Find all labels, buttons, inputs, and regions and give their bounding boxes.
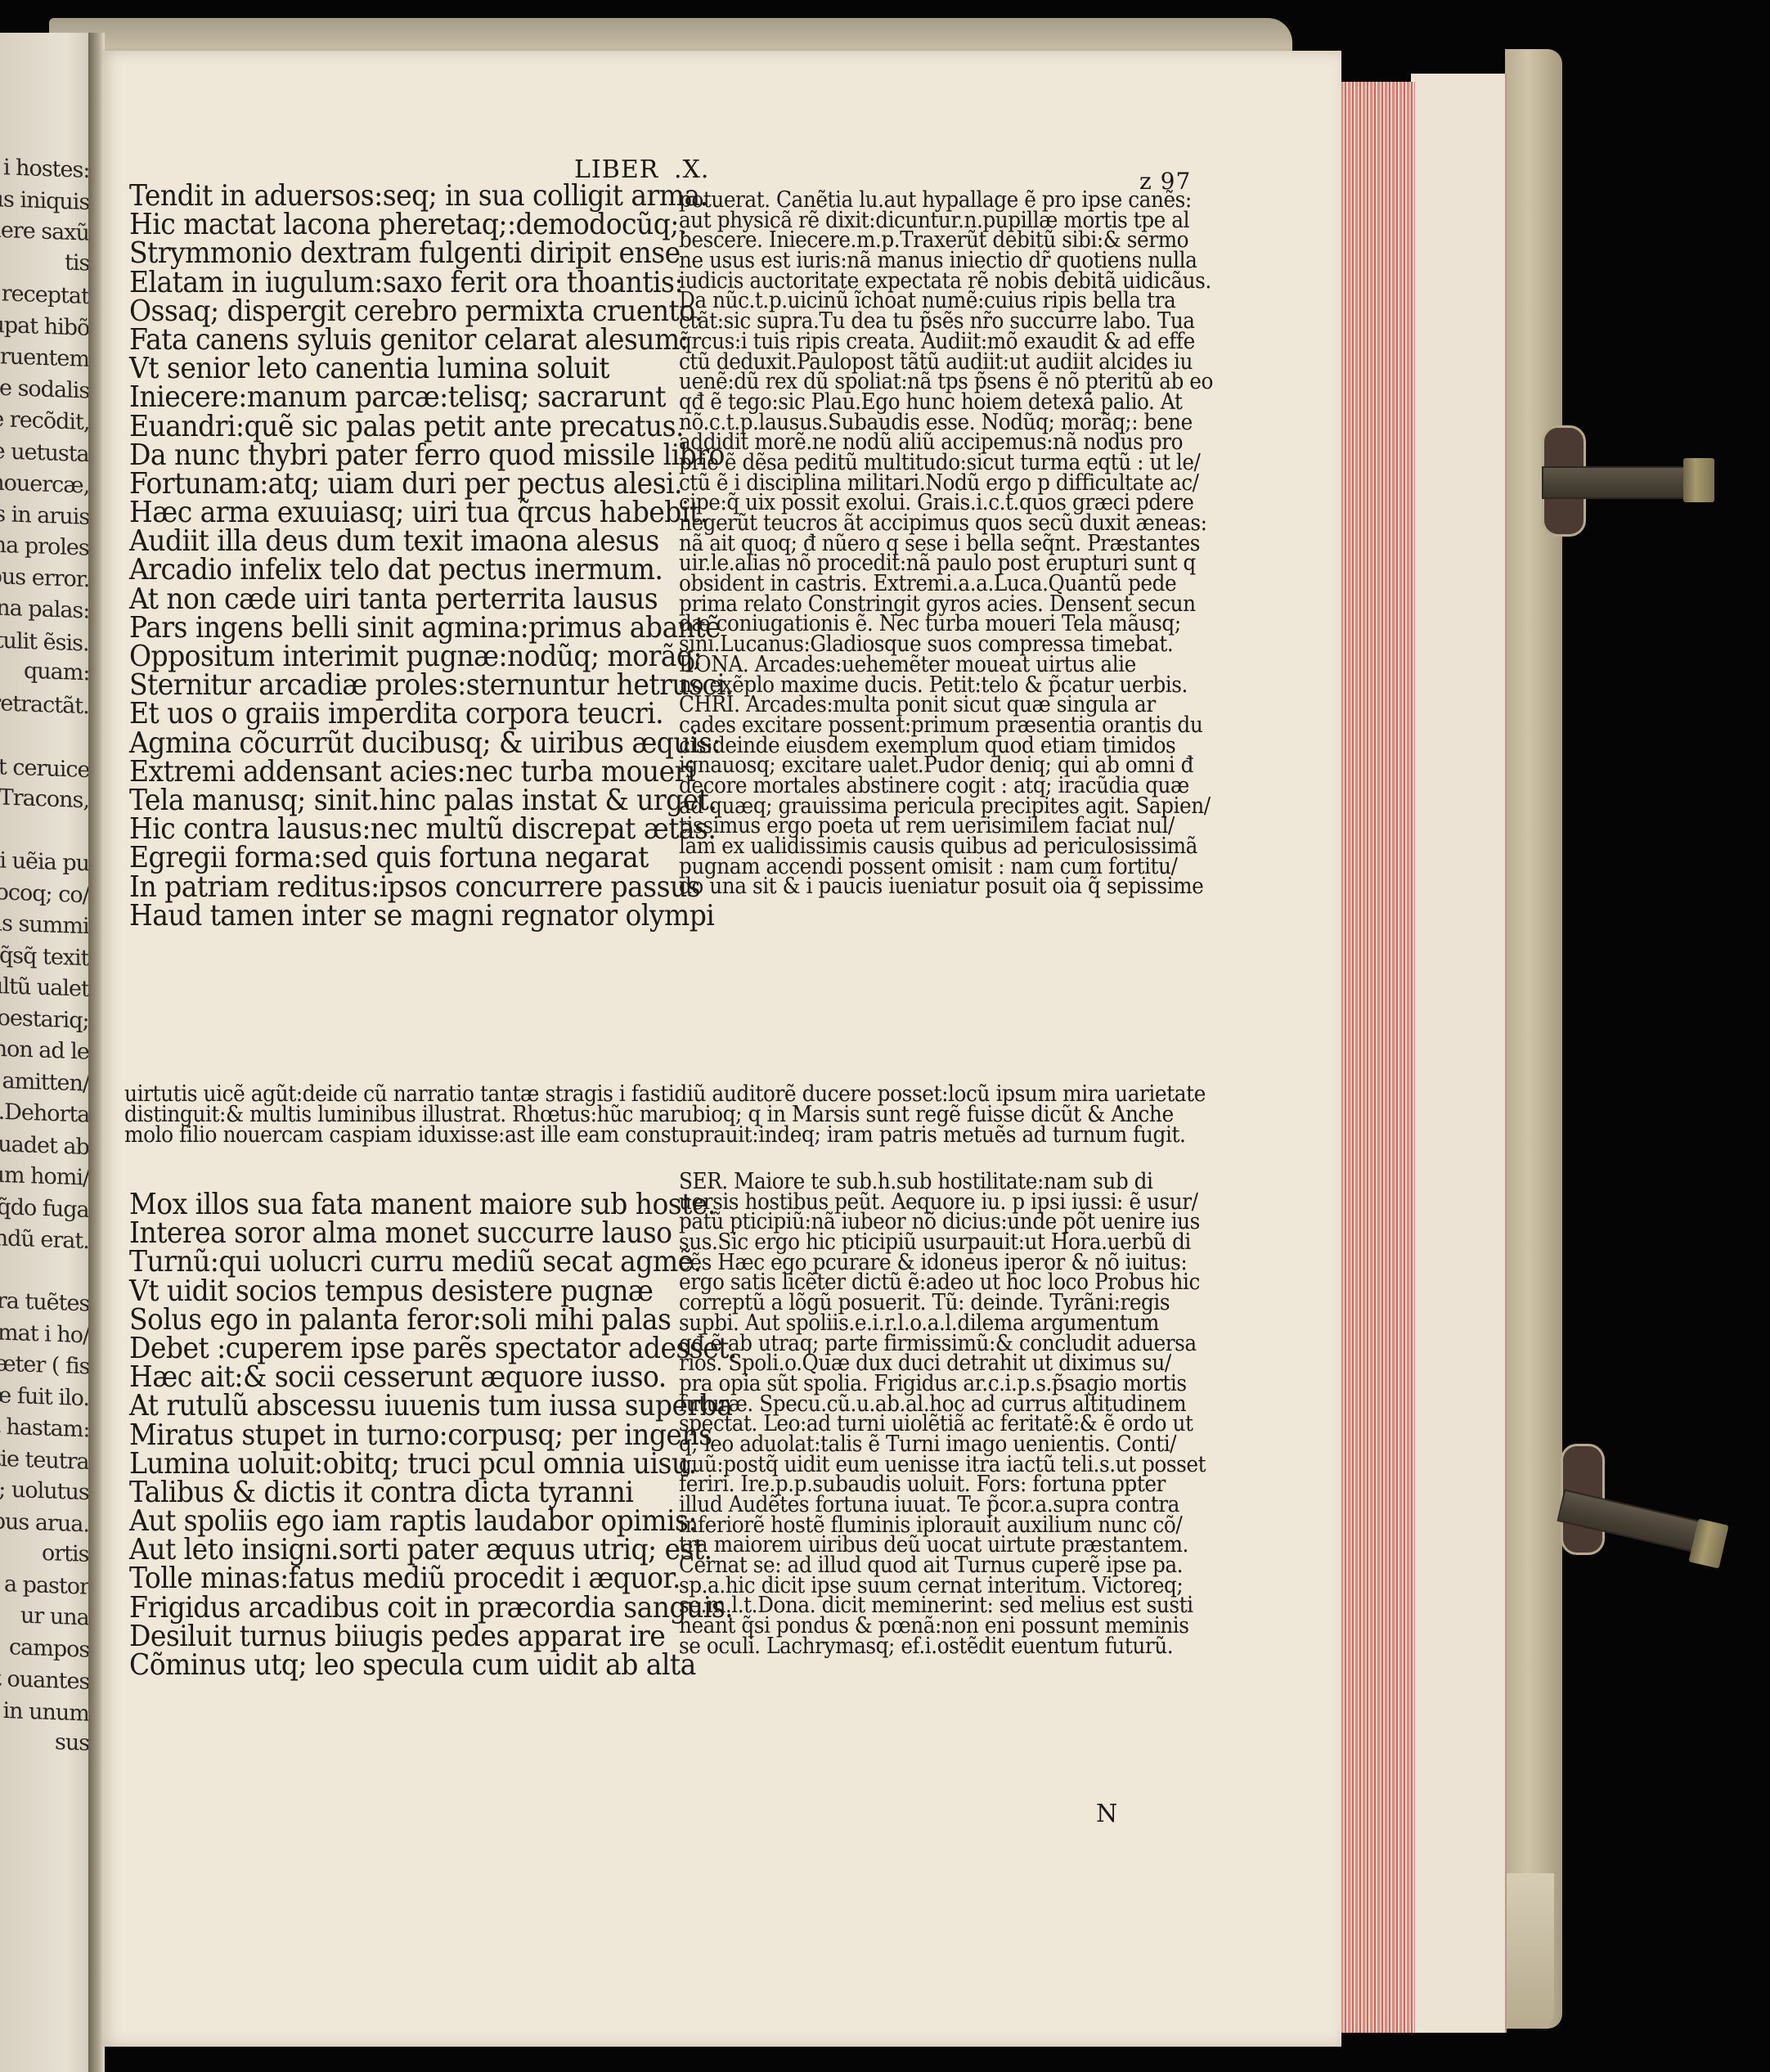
previous-page-fragment: s multũ ualet [0, 972, 89, 1002]
verse-block-1-line: Hic mactat laconа pheretaq;:demodocũq;. [129, 210, 654, 239]
previous-page-fragment: uadendũ erat. [0, 1224, 89, 1254]
verse-block-2-line: Debet :cuperem ipse parẽs spectator ades… [129, 1334, 654, 1363]
verse-block-2-line: Cõminus utq; leo specula cum uidit ab al… [129, 1651, 654, 1679]
verse-block-2: Mox illos sua fata manent maiore sub hos… [129, 1190, 694, 1679]
verse-block-2-line: Hæc ait:& socii cesserunt æquore iusso. [129, 1363, 654, 1391]
verse-block-2-line: Aut spoliis ego iam raptis laudabor opim… [129, 1507, 654, 1535]
previous-page-fragment: mpit i hostes: [0, 153, 89, 183]
previous-page-fragment: io usus summi [0, 909, 89, 939]
commentary-block-2-line: se oculi. Lachrymasq; ef.i.ostẽdit euent… [679, 1636, 1179, 1656]
previous-page-fragment: ur una [20, 1603, 89, 1631]
verse-block-2-line: Desiluit turnus biiugis pedes apparat ir… [129, 1622, 654, 1651]
commentary-fullwidth: uirtutis uicẽ agũt:deide cũ narratio tan… [124, 1084, 1229, 1144]
previous-page-fragment: tis [65, 249, 89, 276]
verse-block-1-line: Agmina cõcurrũt ducibusq; & uiribus æqui… [129, 729, 654, 757]
previous-page-fragment: clara tuẽtes [0, 1287, 89, 1316]
previous-page-fragment: ctat ouantes [0, 1665, 89, 1694]
previous-page-fragment: dehoestariq; [0, 1004, 89, 1034]
previous-page-fragment: ante ruentem [0, 342, 89, 372]
verse-block-2-line: Aut leto insigni.sorti pater æquus utriq… [129, 1535, 654, 1564]
verse-block-2-line: Miratus stupet in turno:corpusq; per ing… [129, 1421, 654, 1450]
previous-page-fragment: stãq; receptat [0, 279, 89, 309]
verse-block-1-line: Da nunc thybri pater ferro quod missile … [129, 441, 654, 470]
verse-block-1-line: Arcadio infelix telo dat pectus inermum. [129, 555, 654, 584]
previous-page-fragment: ræ fuit ilo. [0, 1382, 89, 1411]
previous-page-fragment: t si amitten/ [0, 1067, 89, 1096]
previous-page-fragment: quam: [24, 658, 89, 686]
previous-page-fragment: tare q̃do fuga [0, 1193, 89, 1223]
verse-block-1-line: Ossaq; dispergit cerebro permixta cruent… [129, 297, 654, 326]
previous-page-fragment: occupat hibõ [0, 311, 89, 341]
verse-block-2-line: Mox illos sua fata manent maiore sub hos… [129, 1190, 654, 1219]
verse-block-1-line: Tendit in aduersos:seq; in sua colligit … [129, 182, 654, 210]
previous-page-fragment: mina palas: [0, 594, 89, 623]
verse-block-2-line: At rutulũ abscessu iuuenis tum iussa sup… [129, 1391, 654, 1420]
verse-block-1-line: Sternitur arcadiæ proles:sternuntur hetr… [129, 671, 654, 699]
previous-page-fragment: quã suadet ab [0, 1129, 89, 1159]
verse-block-1-line: Euandri:quẽ sic palas petit ante precatu… [129, 412, 654, 441]
previous-page-fragment: armat i ho/ [0, 1319, 89, 1348]
verse-block-1-line: Fata canens syluis genitor celarat alesu… [129, 326, 654, 354]
verse-block-2-line: Tolle minas:fatus mediũ procedit i æquor… [129, 1564, 654, 1593]
verse-block-1-line: Egregii forma:sed quis fortuna negarat [129, 843, 654, 872]
red-fore-edge [1333, 82, 1415, 2033]
previous-page-fragment: o digni uẽia pu [0, 846, 89, 877]
previous-page-fragment: q; uolutus [0, 1476, 89, 1505]
previous-page-fragment: itate locoq; co/ [0, 877, 89, 908]
verse-block-1-line: Pars ingens belli sinit agmina:primus ab… [129, 614, 654, 642]
verse-block-1-line: In patriam reditus:ipsos concurrere pass… [129, 873, 654, 901]
verse-block-1-line: Fortunam:atq; uiam duri per pectus alesi… [129, 470, 654, 498]
verse-block-1-line: Elatam in iugulum:saxo ferit ora thoanti… [129, 268, 654, 297]
verse-block-1-line: Strymmonio dextram fulgenti diripit ense [129, 239, 654, 267]
previous-page-fragment: ius abstulit ẽsis. [0, 625, 89, 656]
verse-block-2-line: Lumina uoluit:obitq; truci pcul omnia ui… [129, 1450, 654, 1478]
verse-block-1-line: Tela manusq; sinit.hinc palas instat & u… [129, 786, 654, 815]
verse-block-1-line: Et uos o graiis imperdita corpora teucri… [129, 699, 654, 728]
end-leaf [1411, 74, 1507, 2033]
verse-block-1-line: At non cæde uiri tanta perterrita lausus [129, 585, 654, 614]
previous-page-fragment: rat hastam: [0, 1413, 89, 1442]
verse-block-2-line: Vt uidit socios tempus desistere pugnæ [129, 1277, 654, 1306]
verse-block-1-line: Extremi addensant acies:nec turba moueri [129, 757, 654, 786]
verse-block-2-line: Frigidus arcadibus coit in præcordia san… [129, 1593, 654, 1622]
previous-page-fragment: nis in unum [0, 1697, 89, 1726]
previous-page-fragment: ibus error. [0, 563, 89, 592]
previous-page-fragment: campos [9, 1634, 89, 1662]
previous-page-fragment: bis a caput ceruice [0, 750, 89, 782]
previous-page-fragment: orte sodalis [0, 374, 89, 403]
previous-page-fragment: præter ( fis [0, 1350, 89, 1379]
verse-block-2-line: Solus ego in palanta feror:soli mihi pal… [129, 1306, 654, 1334]
previous-page-fragment: mone recõdit, [0, 405, 89, 435]
commentary-fullwidth-line: molo filio nouercam caspiam iduxisse:ast… [124, 1125, 1124, 1145]
previous-page-fragment: põdere saxũ [0, 216, 89, 245]
previous-page-fragment: s cum homi/ [0, 1161, 89, 1190]
clasp-brass-tip-top [1683, 458, 1714, 502]
vellum-binding-spine-edge [1505, 49, 1562, 2029]
previous-page-fragment: ortis [42, 1540, 89, 1567]
verse-block-1-line: Hic contra lausus:nec multũ discrepat æt… [129, 815, 654, 843]
previous-page-edge: mpit i hostes:ductus iniquispõdere saxũt… [0, 33, 94, 2072]
verse-block-1: Tendit in aduersos:seq; in sua colligit … [129, 182, 694, 930]
previous-page-fragment: nicus q̃sq̃ texit [0, 940, 89, 970]
previous-page-fragment: t:optie teutra [0, 1445, 89, 1475]
verse-block-2-line: Turnũ:qui uolucri curru mediũ secat agmẽ… [129, 1247, 654, 1276]
previous-page-fragment: a pastor [4, 1571, 89, 1600]
previous-page-fragment: sus [55, 1729, 89, 1755]
commentary-block-1: potuerat. Canẽtia lu.aut hypallage ẽ pro… [679, 190, 1235, 897]
previous-page-fragment: e gẽte uetusta [0, 436, 89, 466]
previous-page-fragment: cibus arua. [0, 1508, 89, 1537]
previous-page-fragment: os non ad le [0, 1035, 89, 1064]
previous-page-fragment: est.Dehorta [0, 1098, 89, 1127]
previous-page-fragment: distis in aruis [0, 500, 89, 530]
verse-block-1-line: Haud tamen inter se magni regnator olymp… [129, 901, 654, 930]
verse-block-2-line: Interea soror alma monet succurre lauso [129, 1219, 654, 1247]
signature-mark: N [1096, 1800, 1117, 1828]
verse-block-2-line: Talibus & dictis it contra dicta tyranni [129, 1478, 654, 1507]
previous-page-fragment: ductus iniquis [0, 184, 89, 214]
previous-page-fragment: Varro Tracons, [0, 783, 89, 814]
verse-block-1-line: Oppositum interimit pugnæ:nodũq; morãq; [129, 642, 654, 671]
commentary-block-2: SER. Maiore te sub.h.sub hostilitate:nam… [679, 1171, 1235, 1656]
verse-block-1-line: Vt senior leto canentia lumina soluit [129, 354, 654, 383]
verse-block-1-line: Audiit illa deus dum texit imaona alesus [129, 527, 654, 555]
previous-page-fragment: estare nouercæ, [0, 467, 89, 498]
verse-block-1-line: Iniecere:manum parcæ:telisq; sacrarunt [129, 383, 654, 411]
commentary-block-1-line: do una sit & i paucis iueniatur posuit o… [679, 876, 1179, 897]
verse-block-1-line: Hæc arma exuuiasq; uiri tua q̃rcus habeb… [129, 498, 654, 527]
previous-page-fragment: rriq; retractãt. [0, 688, 89, 718]
previous-page-fragment: illima proles [0, 531, 89, 560]
